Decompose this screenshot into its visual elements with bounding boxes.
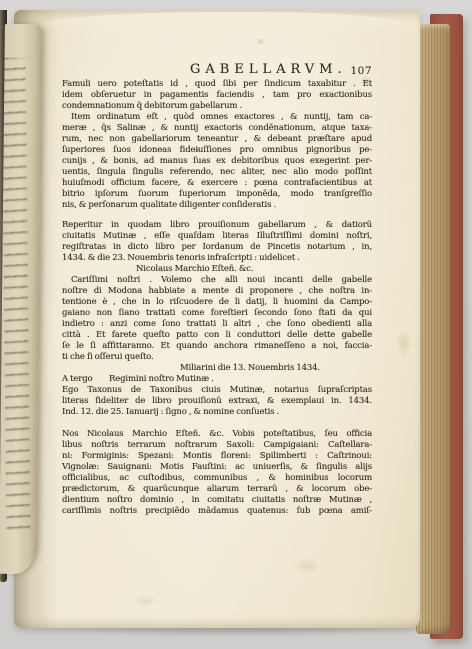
fore-edge-pages <box>416 24 450 634</box>
page-top-edge <box>18 12 416 32</box>
text-line: città . Et farete queſto patto con li co… <box>62 330 372 341</box>
text-line: Nos Nicolaus Marchio Eſteñ. &c. Vobis po… <box>62 429 372 440</box>
text-line: ciuitatis Mutinæ , eſſe quaſdam literas … <box>62 231 372 242</box>
text-line: Miliarini die 13. Nouembris 1434. <box>62 363 372 374</box>
text-line: Reperitur in quodam libro prouiſionum ga… <box>62 220 372 231</box>
text-block: GABELLARVM. 107 Famuli uero poteſtatis i… <box>62 62 372 517</box>
text-line: ſuperiores ſuos idoneas fideiuſſiones pr… <box>62 145 372 156</box>
foxing-spot <box>396 330 412 356</box>
page-number: 107 <box>350 65 372 77</box>
paragraph: Reperitur in quodam libro prouiſionum ga… <box>62 220 372 275</box>
text-line: Ego Taxonus de Taxonibus ciuis Mutinæ, n… <box>62 385 372 396</box>
text-line: cunijs , & bonis, ad manus ſuas ex debit… <box>62 156 372 167</box>
text-line: noſtre di Modona habbiate a mente di pro… <box>62 286 372 297</box>
text-line: rum, nec non gabellariorum teneantur , &… <box>62 134 372 145</box>
running-header: GABELLARVM. 107 <box>62 62 372 77</box>
text-line: bitrio ipſorum ſuorum ſuperiorum imponẽd… <box>62 189 372 200</box>
text-line: uentis, ſingula ſingulis referendo, nec … <box>62 167 372 178</box>
text-line: cariſſimis noſtris precipiẽdo mãdamus qu… <box>62 506 372 517</box>
foxing-spot <box>294 558 320 574</box>
text-line: ti che ſi oſſerui queſto. <box>62 352 372 363</box>
text-line: A tergo Regimini noſtro Mutinæ . <box>62 374 372 385</box>
text-line: officialibus, ac cuſtodibus, communibus … <box>62 473 372 484</box>
text-line: prædictorum, & quarũcunque aliarum terra… <box>62 484 372 495</box>
text-line: nis, & perſonarum qualitate diligenter c… <box>62 200 372 211</box>
text-line: indietro : anzi come ſono trattati li al… <box>62 319 372 330</box>
text-line: Item ordinatum eſt , quòd omnes exactore… <box>62 112 372 123</box>
paragraph: Cariſſimi noſtri . Volemo che alli noui … <box>62 275 372 418</box>
text-line: 1434. & die 23. Nouembris tenoris infraſ… <box>62 253 372 264</box>
header-title: GABELLARVM. <box>190 62 347 77</box>
text-line: libus noſtris terrarum noſtrarum Saxoli:… <box>62 440 372 451</box>
text-line: Ind. 12. die 25. Ianuarij : ſigno , & no… <box>62 407 372 418</box>
paragraph: Nos Nicolaus Marchio Eſteñ. &c. Vobis po… <box>62 429 372 517</box>
text-line: gaiano non ſiano trattati come foreſtier… <box>62 308 372 319</box>
text-line: Cariſſimi noſtri . Volemo che alli noui … <box>62 275 372 286</box>
text-line: ſe le ſi affittaranno. Et quando anchora… <box>62 341 372 352</box>
foxing-spot <box>134 595 156 607</box>
text-line: tentione è , che in lo riſcuodere de li … <box>62 297 372 308</box>
book-photograph: GABELLARVM. 107 Famuli uero poteſtatis i… <box>0 0 472 649</box>
text-line: dientium noſtro dominio , in comitatu ci… <box>62 495 372 506</box>
book-page: GABELLARVM. 107 Famuli uero poteſtatis i… <box>14 10 420 628</box>
text-line: meræ , q̃s Salinæ , & nuntij exactoris c… <box>62 123 372 134</box>
paragraph: Item ordinatum eſt , quòd omnes exactore… <box>62 112 372 211</box>
text-line: ni: Formiginis: Spezani: Montis floreni:… <box>62 451 372 462</box>
text-line: regiſtratas in dicto libro per Iordanum … <box>62 242 372 253</box>
paragraph: Famuli uero poteſtatis id , quod ſibi pe… <box>62 79 372 112</box>
text-line: condemnationum q̃ debitorum gabellarum . <box>62 101 372 112</box>
text-line: idem obſeruetur in pagamentis faciendis … <box>62 90 372 101</box>
text-line: literas fideliter de libro prouiſionũ ex… <box>62 396 372 407</box>
left-page-edge <box>0 24 42 574</box>
foxing-spot <box>256 38 265 45</box>
text-line: huiuſmodi officium facere, & exercere : … <box>62 178 372 189</box>
text-line: Vignolæ: Sauignani: Motis Fauſtini: ac u… <box>62 462 372 473</box>
text-line: Nicolaus Marchio Eſteñ. &c. <box>62 264 372 275</box>
left-page-blurred-text <box>2 58 31 536</box>
text-line: Famuli uero poteſtatis id , quod ſibi pe… <box>62 79 372 90</box>
